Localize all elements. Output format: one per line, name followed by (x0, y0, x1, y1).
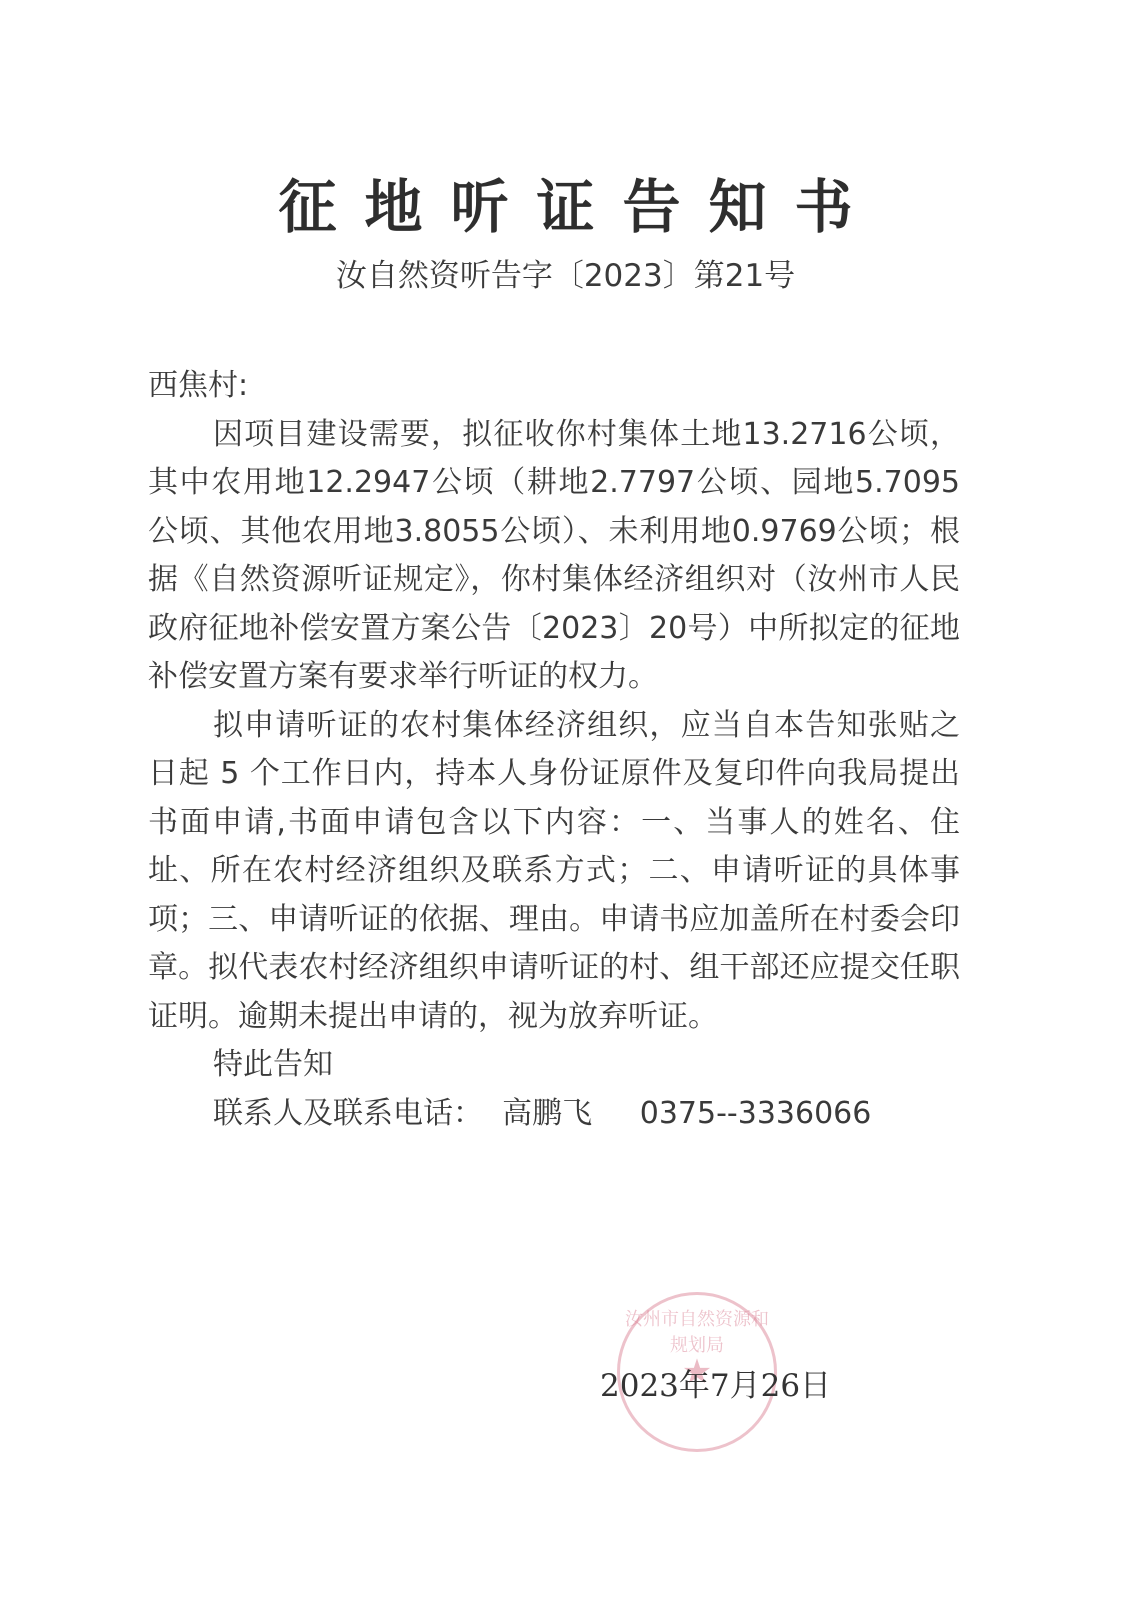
document-title: 征地听证告知书 (0, 160, 1131, 244)
salutation: 西焦村: (148, 362, 960, 411)
contact-info: 联系人及联系电话： 高鹏飞 0375--3336066 (148, 1090, 960, 1139)
closing-notice: 特此告知 (148, 1041, 960, 1090)
paragraph-hearing-application: 拟申请听证的农村集体经济组织，应当自本告知张贴之日起 5 个工作日内，持本人身份… (148, 702, 960, 1042)
paragraph-land-acquisition: 因项目建设需要，拟征收你村集体土地13.2716公顷，其中农用地12.2947公… (148, 411, 960, 702)
document-body: 西焦村: 因项目建设需要，拟征收你村集体土地13.2716公顷，其中农用地12.… (148, 362, 960, 1138)
document-number: 汝自然资听告字〔2023〕第21号 (0, 250, 1131, 295)
seal-text: 汝州市自然资源和规划局 (620, 1305, 774, 1357)
document-date: 2023年7月26日 (600, 1360, 831, 1405)
